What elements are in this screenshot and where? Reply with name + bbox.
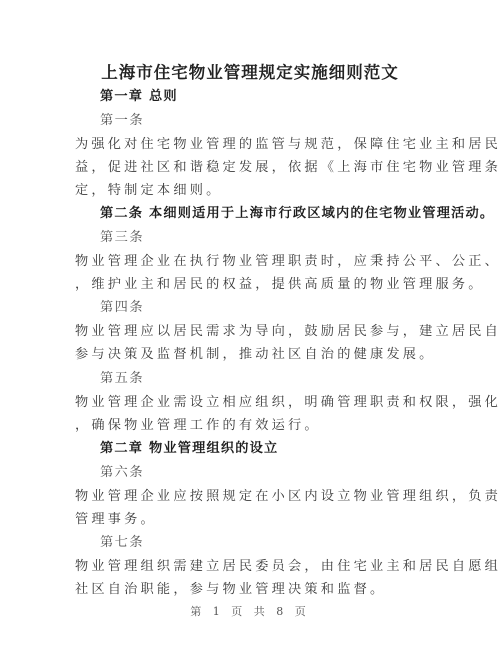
- body-text: 管理事务。: [75, 508, 420, 527]
- article-label: 第五条: [100, 367, 445, 386]
- page-number-footer: 第 1 页 共 8 页: [0, 603, 500, 619]
- article-label: 第四条: [100, 296, 445, 315]
- article-label: 第六条: [100, 461, 445, 480]
- body-text: 为强化对住宅物业管理的监管与规范，保障住宅业主和居民的合法权: [75, 133, 420, 152]
- body-text: 益，促进社区和谐稳定发展，依据《上海市住宅物业管理条例》之规: [75, 156, 420, 175]
- document-page: 上海市住宅物业管理规定实施细则范文 第一章 总则 第一条 为强化对住宅物业管理的…: [0, 0, 500, 647]
- body-text: 物业管理企业应按照规定在小区内设立物业管理组织，负责具体物业: [75, 485, 420, 504]
- body-text: 参与决策及监督机制，推动社区自治的健康发展。: [75, 343, 420, 362]
- article-label: 第七条: [100, 531, 445, 550]
- body-text: 定，特制定本细则。: [75, 179, 420, 198]
- article-label: 第三条: [100, 226, 445, 245]
- document-title: 上海市住宅物业管理规定实施细则范文: [0, 59, 500, 83]
- chapter-heading: 第二章 物业管理组织的设立: [100, 437, 445, 456]
- body-text: 物业管理企业在执行物业管理职责时，应秉持公平、公正、公开原则: [75, 250, 420, 269]
- body-text: ，维护业主和居民的权益，提供高质量的物业管理服务。: [75, 273, 420, 292]
- chapter-heading: 第一章 总则: [100, 85, 445, 104]
- body-text: 物业管理企业需设立相应组织，明确管理职责和权限，强化内部管理: [75, 391, 420, 410]
- article-heading: 第二条 本细则适用于上海市行政区域内的住宅物业管理活动。: [100, 202, 445, 221]
- body-text: 物业管理应以居民需求为导向，鼓励居民参与，建立居民自治、依法: [75, 320, 420, 339]
- body-text: ，确保物业管理工作的有效运行。: [75, 414, 420, 433]
- article-label: 第一条: [100, 109, 445, 128]
- body-text: 物业管理组织需建立居民委员会，由住宅业主和居民自愿组成，履行: [75, 555, 420, 574]
- body-text: 社区自治职能，参与物业管理决策和监督。: [75, 578, 420, 597]
